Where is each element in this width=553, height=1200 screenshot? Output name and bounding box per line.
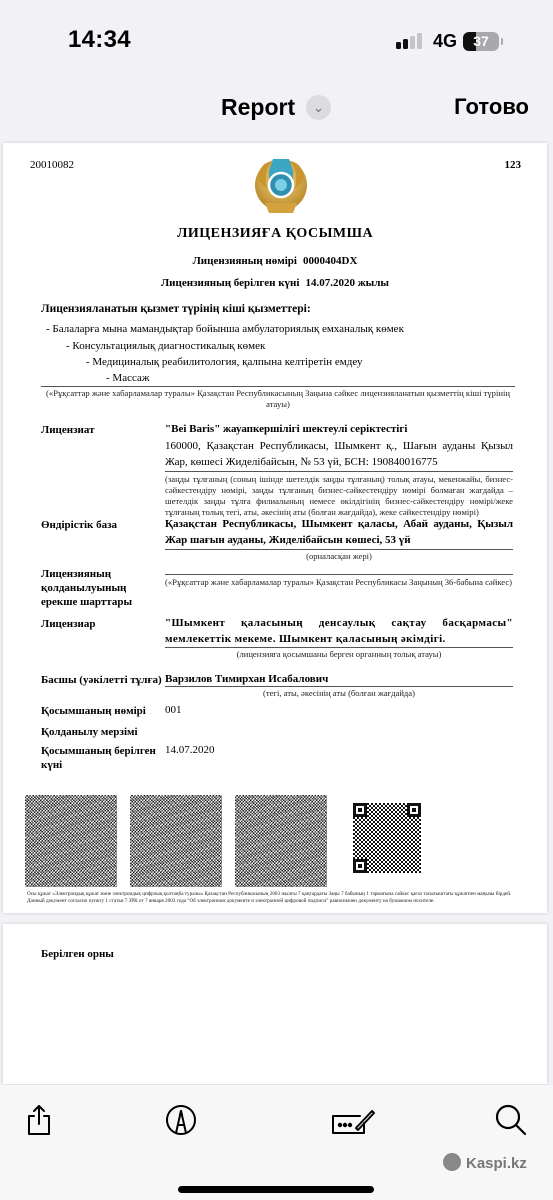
head-name: Варзилов Тимирхан Исабалович <box>165 671 513 687</box>
cellular-signal-icon <box>396 33 424 51</box>
datamatrix-code <box>235 795 327 887</box>
head-label: Басшы (уәкілетті тұлға) <box>41 673 162 687</box>
license-date-line: Лицензияның берілген күні14.07.2020 жылы <box>3 277 547 289</box>
licensor-label: Лицензиар <box>41 617 95 631</box>
appendix-number-label: Қосымшаның нөмірі <box>41 704 146 718</box>
search-icon[interactable] <box>494 1103 528 1137</box>
datamatrix-code <box>25 795 117 887</box>
production-base-label: Өндірістік база <box>41 518 117 532</box>
special-conditions-label: Лицензияның қолданылуының ерекше шарттар… <box>41 567 151 609</box>
appendix-date: 14.07.2020 <box>165 742 513 758</box>
battery-icon: 37 <box>463 32 499 51</box>
license-number-line: Лицензияның нөмірі0000404DX <box>3 255 547 267</box>
kaspi-logo-icon <box>443 1153 461 1171</box>
subservice-item: - Консультациялық диагностикалық көмек <box>66 340 265 352</box>
markup-pen-icon[interactable] <box>164 1103 198 1137</box>
divider <box>165 686 513 687</box>
divider <box>41 386 515 387</box>
license-number: 0000404DX <box>303 255 357 267</box>
document-page-2: Берілген орны <box>3 924 547 1084</box>
status-bar: 14:34 4G 37 <box>0 0 553 80</box>
chevron-down-icon[interactable]: ⌄ <box>306 95 331 120</box>
license-number-label: Лицензияның нөмірі <box>193 255 297 267</box>
licensee-note: (заңды тұлғаның (соның ішінде шетелдік з… <box>165 474 513 518</box>
document-title[interactable]: Report <box>221 94 295 121</box>
licensor: "Шымкент қаласының денсаулық сақтау басқ… <box>165 615 513 647</box>
watermark-text: Kaspi.kz <box>466 1155 527 1172</box>
document-heading: ЛИЦЕНЗИЯҒА ҚОСЫМША <box>3 226 547 242</box>
special-conditions-note: («Рұқсаттар және хабарламалар туралы» Қа… <box>165 577 513 588</box>
divider <box>165 647 513 648</box>
licensee-address: 160000, Қазақстан Республикасы, Шымкент … <box>165 438 513 470</box>
watermark: Kaspi.kz <box>443 1153 527 1172</box>
subservice-item: - Медициналық реабилитология, қалпына ке… <box>86 356 362 368</box>
subservices-heading: Лицензияланатын қызмет түрінің кіші қызм… <box>41 303 311 315</box>
divider <box>165 574 513 575</box>
licensee-name: "Bei Baris" жауапкершілігі шектеулі сері… <box>165 421 513 437</box>
battery-tip <box>501 38 503 45</box>
done-button[interactable]: Готово <box>454 94 529 120</box>
bottom-toolbar: Kaspi.kz <box>0 1085 553 1200</box>
subservices-note: («Рұқсаттар және хабарламалар туралы» Қа… <box>41 388 515 410</box>
document-number: 123 <box>505 159 522 171</box>
appendix-date-label: Қосымшаның берілген күні <box>41 744 161 772</box>
network-type: 4G <box>433 31 457 52</box>
license-date-label: Лицензияның берілген күні <box>161 277 299 289</box>
appendix-number: 001 <box>165 702 513 718</box>
production-base-note: (орналасқан жері) <box>165 551 513 562</box>
datamatrix-code <box>130 795 222 887</box>
document-id: 20010082 <box>30 159 74 171</box>
licensee-label: Лицензиат <box>41 423 94 437</box>
divider <box>165 471 513 472</box>
home-indicator[interactable] <box>178 1186 374 1193</box>
subservice-item: - Массаж <box>106 372 149 384</box>
head-note: (тегі, аты, әкесінің аты (болған жағдайд… <box>165 688 513 699</box>
share-icon[interactable] <box>22 1103 56 1137</box>
nav-bar: Report ⌄ Готово <box>0 80 553 140</box>
battery-percent: 37 <box>463 32 499 51</box>
licensor-note: (лицензияға қосымшаны берген органның то… <box>165 649 513 660</box>
license-date: 14.07.2020 жылы <box>305 277 389 289</box>
state-emblem-icon <box>253 155 309 217</box>
issued-place-label: Берілген орны <box>41 948 114 960</box>
production-base: Қазақстан Республикасы, Шымкент қаласы, … <box>165 516 513 548</box>
qr-code[interactable] <box>353 803 421 873</box>
legal-footer-note: Осы құжат «Электрондық құжат және электр… <box>27 891 525 905</box>
signature-icon[interactable] <box>330 1103 376 1137</box>
document-page-1: 20010082 123 ЛИЦЕНЗИЯҒА ҚОСЫМША Лицензия… <box>3 143 547 913</box>
divider <box>165 549 513 550</box>
clock: 14:34 <box>68 26 131 54</box>
validity-label: Қолданылу мерзімі <box>41 725 138 739</box>
subservice-item: - Балаларға мына мамандықтар бойынша амб… <box>46 323 404 335</box>
